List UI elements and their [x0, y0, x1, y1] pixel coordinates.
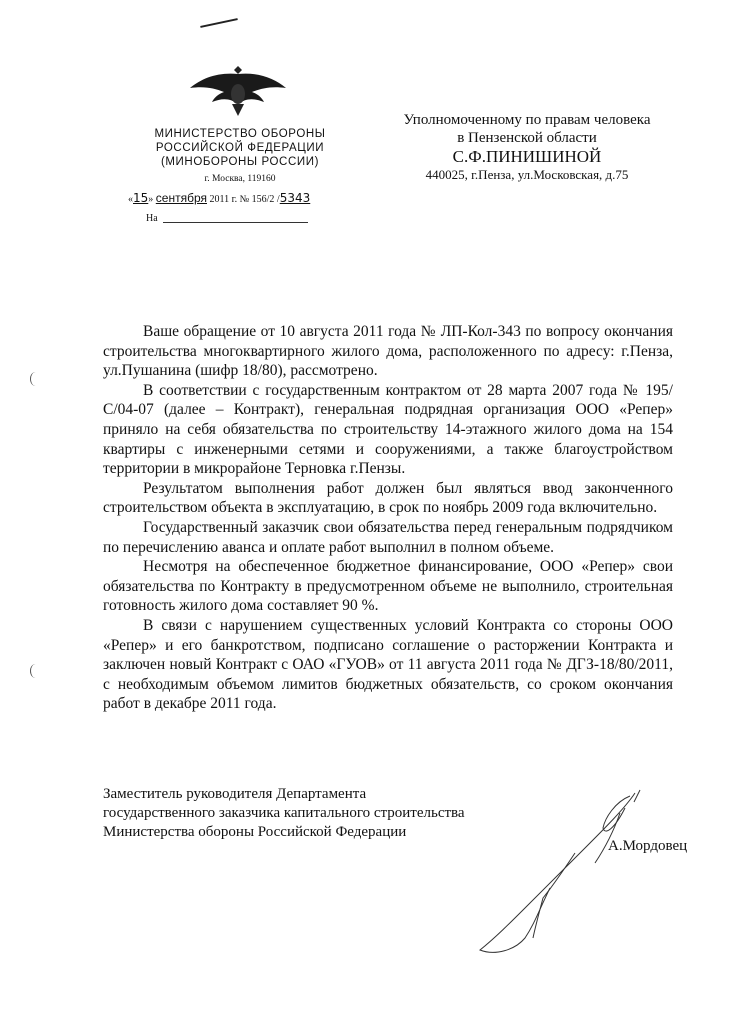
paragraph: В связи с нарушением существенных услови…: [103, 616, 673, 714]
date-month: сентября: [156, 191, 207, 205]
date-year: 2011 г.: [210, 194, 238, 205]
position-line: Заместитель руководителя Департамента: [103, 785, 465, 804]
paragraph: Несмотря на обеспеченное бюджетное финан…: [103, 557, 673, 616]
reply-to-line: [163, 222, 308, 223]
position-line: государственного заказчика капитального …: [103, 804, 465, 823]
date-day: 15: [133, 191, 148, 205]
handwritten-signature: [455, 788, 655, 963]
recipient-block: Уполномоченному по правам человека в Пен…: [362, 111, 692, 184]
recipient-region: в Пензенской области: [362, 129, 692, 147]
ministry-line: РОССИЙСКОЙ ФЕДЕРАЦИИ: [120, 141, 360, 155]
paragraph: Государственный заказчик свои обязательс…: [103, 518, 673, 557]
date-number-line: «15» сентября 2011 г. № 156/2 /5343: [128, 191, 310, 205]
city-postcode: г. Москва, 119160: [120, 174, 360, 184]
double-headed-eagle-icon: [188, 58, 288, 118]
signer-position: Заместитель руководителя Департамента го…: [103, 785, 465, 842]
ministry-line: (МИНОБОРОНЫ РОССИИ): [120, 155, 360, 169]
reply-to-label: На: [146, 213, 158, 224]
outgoing-number: 5343: [280, 191, 311, 205]
letter-body: Ваше обращение от 10 августа 2011 года №…: [103, 322, 673, 714]
signer-name: А.Мордовец: [608, 838, 687, 855]
paragraph: В соответствии с государственным контрак…: [103, 381, 673, 479]
recipient-address: 440025, г.Пенза, ул.Московская, д.75: [362, 166, 692, 184]
ministry-name: МИНИСТЕРСТВО ОБОРОНЫ РОССИЙСКОЙ ФЕДЕРАЦИ…: [120, 127, 360, 169]
ministry-line: МИНИСТЕРСТВО ОБОРОНЫ: [120, 127, 360, 141]
recipient-name: С.Ф.ПИНИШИНОЙ: [362, 147, 692, 166]
punch-hole-mark: [30, 664, 41, 678]
recipient-title: Уполномоченному по правам человека: [362, 111, 692, 129]
number-prefix: № 156/2 /: [240, 194, 280, 205]
paragraph: Ваше обращение от 10 августа 2011 года №…: [103, 322, 673, 381]
punch-hole-mark: [30, 372, 41, 386]
paragraph: Результатом выполнения работ должен был …: [103, 479, 673, 518]
position-line: Министерства обороны Российской Федераци…: [103, 823, 465, 842]
pen-mark: [200, 18, 238, 28]
